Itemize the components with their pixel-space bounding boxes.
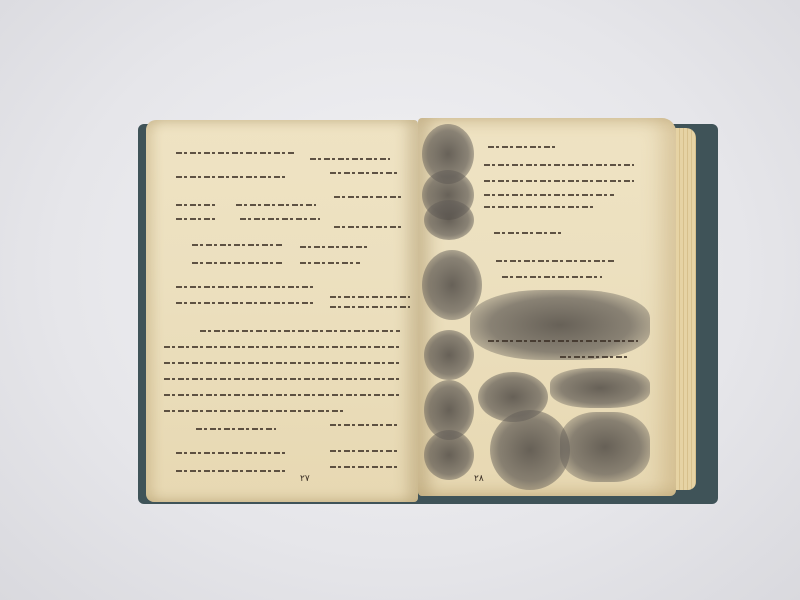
manuscript-notebook: ٢٧ ٢٨ bbox=[0, 0, 800, 600]
right-page-number: ٢٨ bbox=[474, 474, 484, 484]
left-page-number: ٢٧ bbox=[300, 474, 310, 484]
